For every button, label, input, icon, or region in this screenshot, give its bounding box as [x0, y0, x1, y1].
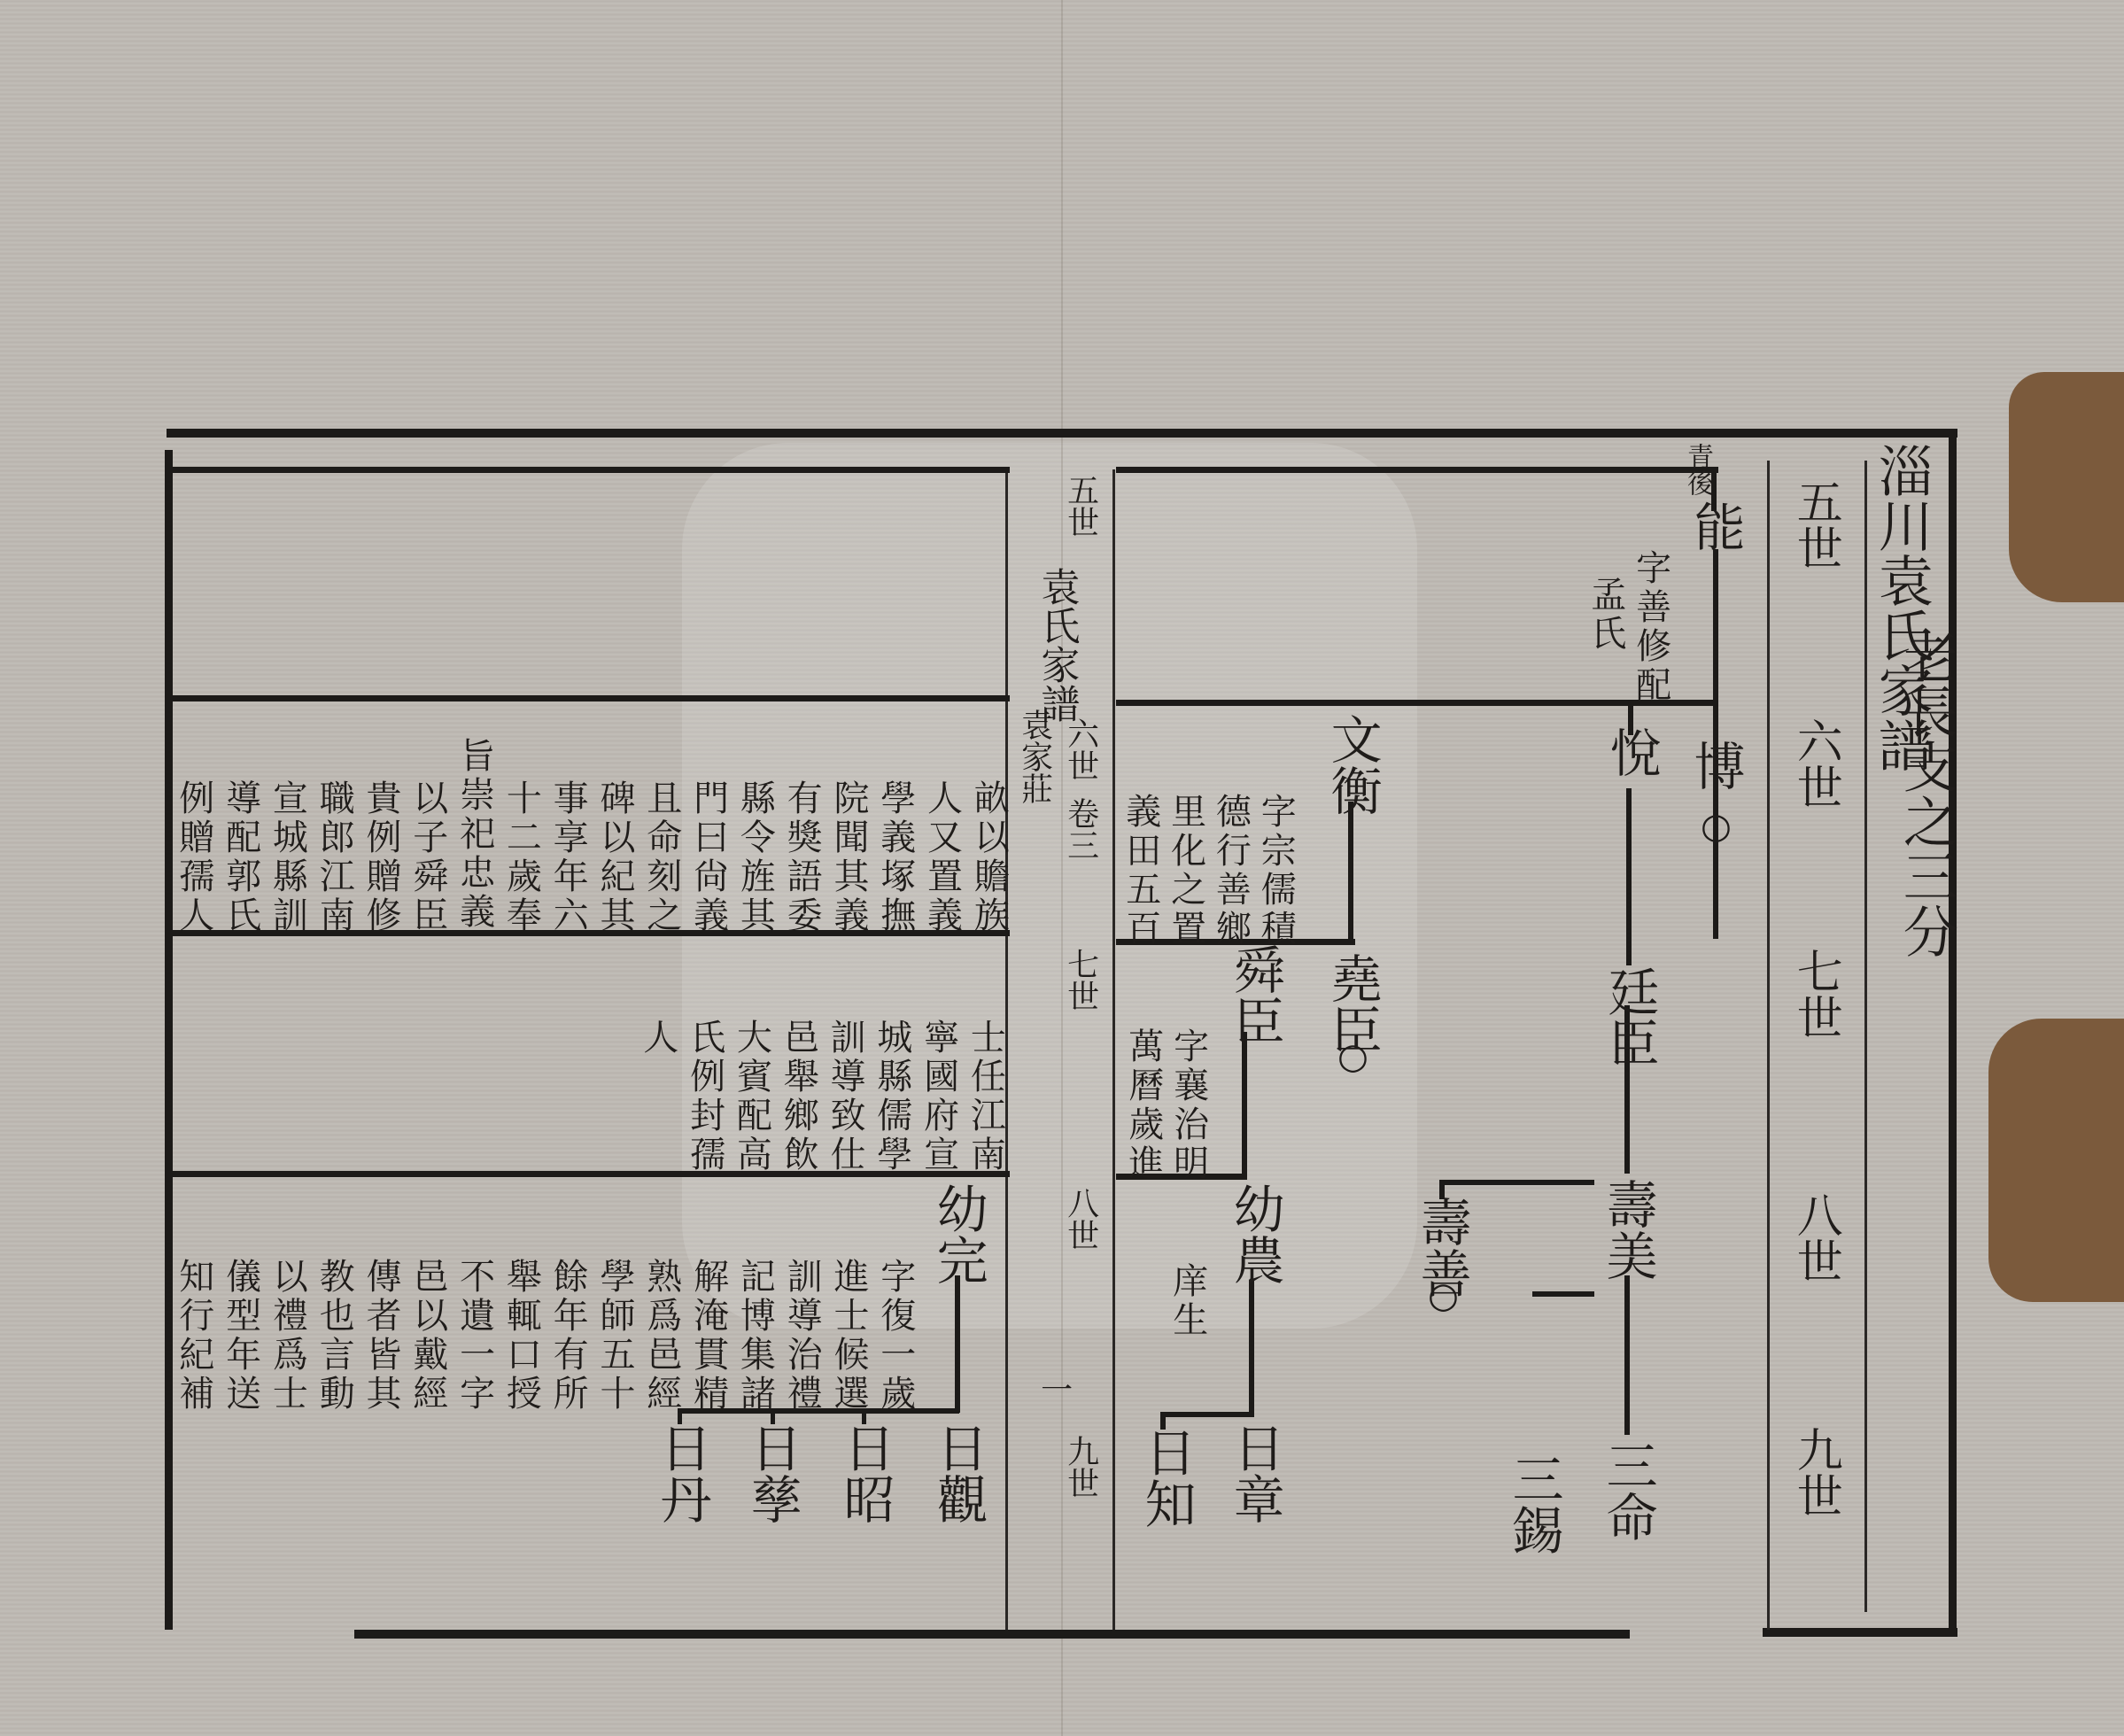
person-sanming: 三命	[1600, 1439, 1655, 1542]
person-shoumei: 壽美	[1600, 1178, 1655, 1281]
bio-line: 解淹貫精	[688, 1258, 728, 1414]
person-younong: 幼農	[1227, 1182, 1283, 1285]
gen-label-5: 五世	[1789, 478, 1840, 570]
bio-younong: 庠生	[1167, 1262, 1207, 1340]
bio-line: 十二歲奉	[501, 779, 541, 935]
connector-youwan	[955, 1275, 960, 1413]
person-rizhao: 日昭	[837, 1422, 893, 1524]
bio-line: 字宗儒積	[1255, 793, 1295, 949]
center-volume: 卷三	[1063, 797, 1098, 861]
bio-line: 孟氏	[1585, 549, 1625, 705]
bio-neng: 字善修配 孟氏	[1585, 549, 1671, 705]
connector-younong	[1249, 1280, 1254, 1413]
gen-label-7: 七世	[1789, 948, 1840, 1040]
bio-line: 縣令旌其	[735, 779, 775, 935]
bio-line: 事享年六	[547, 779, 587, 935]
bio-line: 以子舜臣	[407, 779, 447, 935]
right-row-line-5	[1116, 467, 1718, 473]
bio-line: 寧國府宣	[919, 1019, 958, 1174]
bio-line: 字善修配	[1631, 549, 1671, 705]
bio-line: 邑舉鄉飲	[778, 1019, 818, 1174]
bio-line: 人	[638, 1019, 678, 1174]
center-strip-left-border	[1005, 469, 1008, 1630]
bio-line: 宣城縣訓	[267, 779, 307, 935]
person-bo: 博	[1687, 740, 1743, 791]
bio-line: 旨崇祀忠義	[454, 737, 494, 935]
bio-shunchen: 字襄治明 萬曆歲進	[1123, 1027, 1208, 1183]
bio-line: 里化之置	[1166, 793, 1205, 949]
top-note: 青後	[1683, 443, 1712, 496]
bio-line: 貴例贈修	[360, 779, 400, 935]
bio-line: 以禮爲士	[267, 1258, 307, 1414]
center-gen-5: 五世	[1063, 474, 1098, 538]
connector-wenheng	[1348, 802, 1353, 943]
paper-stain-top	[2009, 372, 2124, 602]
bio-line: 熟爲邑經	[641, 1258, 681, 1414]
frame-right	[1949, 434, 1957, 1634]
bio-line: 萬曆歲進	[1123, 1027, 1163, 1183]
bio-line: 傳者皆其	[360, 1258, 400, 1414]
bio-youwan: 字復一歲 進士候選 訓導治禮 記博集諸 解淹貫精 熟爲邑經 學師五十 餘年有所 …	[174, 1258, 915, 1414]
gen-column-left-border	[1767, 461, 1770, 1630]
bio-line: 畝以贍族	[969, 779, 1009, 935]
person-ridan: 日丹	[654, 1422, 709, 1524]
person-shunchen: 舜臣	[1227, 943, 1283, 1046]
person-rizi: 日孳	[744, 1422, 800, 1524]
bio-line: 氏例封孺	[685, 1019, 725, 1174]
left-row-line-5	[168, 467, 1010, 473]
bio-line: 職郎江南	[314, 779, 353, 935]
person-youwan: 幼完	[930, 1182, 986, 1285]
bio-line: 知行紀補	[174, 1258, 213, 1414]
bio-line: 訓導治禮	[781, 1258, 821, 1414]
bio-line: 不遺一字	[454, 1258, 494, 1414]
bio-line: 門曰尙義	[688, 779, 728, 935]
person-riguan: 日觀	[930, 1422, 986, 1524]
connector-sanming-sanxi	[1532, 1291, 1594, 1297]
mark-yaochen: ○	[1337, 1036, 1368, 1077]
connector-shoumei-sanming	[1624, 1275, 1630, 1435]
branch-subtitle: 老長支之三分	[1895, 629, 1956, 958]
bio-line: 字襄治明	[1168, 1027, 1208, 1183]
center-gen-8: 八世	[1063, 1187, 1098, 1251]
connector-shunchen	[1242, 1032, 1247, 1178]
bio-line: 邑以戴經	[407, 1258, 447, 1414]
gen-label-8: 八世	[1789, 1191, 1840, 1283]
bio-line: 學義塚撫	[875, 779, 915, 935]
connector-shoumei-shoushan	[1439, 1180, 1594, 1185]
bio-gen6-continued: 畝以贍族 人又置義 學義塚撫 院聞其義 有獎語委 縣令旌其 門曰尙義 且命刻之 …	[174, 779, 1008, 935]
bio-line: 學師五十	[594, 1258, 634, 1414]
bio-line: 例贈孺人	[174, 779, 213, 935]
center-gen-7: 七世	[1063, 948, 1098, 1011]
frame-bottom-left	[354, 1630, 1630, 1639]
center-strip-title: 袁氏家譜	[1035, 567, 1077, 723]
connector-younong-rizhi	[1160, 1412, 1254, 1417]
person-rizhi: 日知	[1138, 1426, 1194, 1529]
bio-line: 餘年有所	[547, 1258, 587, 1414]
frame-bottom-right	[1763, 1628, 1957, 1637]
bio-line: 院聞其義	[828, 779, 868, 935]
person-rizhang: 日章	[1227, 1422, 1283, 1524]
bio-line: 士任江南	[965, 1019, 1005, 1174]
bio-line: 碑以紀其	[594, 779, 634, 935]
bio-line: 導配郭氏	[221, 779, 260, 935]
bio-line: 記博集諸	[735, 1258, 775, 1414]
bio-line: 教也言動	[314, 1258, 353, 1414]
bio-line: 大賓配高	[732, 1019, 771, 1174]
frame-top	[167, 429, 1957, 438]
person-neng: 能	[1687, 500, 1743, 552]
bio-line: 義田五百	[1120, 793, 1160, 949]
bio-line: 訓導致仕	[825, 1019, 864, 1174]
center-gen-9: 九世	[1063, 1435, 1098, 1499]
left-row-line-6	[168, 695, 1010, 701]
center-strip-right-border	[1112, 469, 1115, 1630]
person-sanxi: 三錫	[1506, 1453, 1562, 1555]
mark-shoushan: ○	[1428, 1275, 1459, 1316]
bio-line: 舉輒口授	[501, 1258, 541, 1414]
center-place: 袁家莊	[1017, 709, 1052, 804]
bio-line: 有獎語委	[781, 779, 821, 935]
bio-line: 德行善鄉	[1211, 793, 1251, 949]
gen-column-divider	[1864, 461, 1867, 1612]
center-page-number: 一	[1036, 1373, 1072, 1405]
bio-line: 進士候選	[828, 1258, 868, 1414]
center-gen-6: 六世	[1063, 717, 1098, 781]
bio-line: 且命刻之	[641, 779, 681, 935]
bio-line: 人又置義	[922, 779, 962, 935]
person-wenheng: 文衡	[1324, 713, 1380, 816]
bio-line: 城縣儒學	[872, 1019, 911, 1174]
person-tingchen: 廷臣	[1601, 965, 1657, 1068]
gen-label-9: 九世	[1789, 1426, 1840, 1518]
bio-wenheng: 字宗儒積 德行善鄉 里化之置 義田五百	[1120, 793, 1295, 949]
gen-label-6: 六世	[1789, 717, 1840, 810]
bio-line: 儀型年送	[221, 1258, 260, 1414]
mark-bo: ○	[1701, 806, 1732, 847]
person-yue: 悅	[1603, 726, 1659, 778]
connector-yue-tingchen	[1626, 788, 1632, 965]
frame-left	[165, 450, 173, 1630]
bio-gen7-continued: 士任江南 寧國府宣 城縣儒學 訓導致仕 邑舉鄉飲 大賓配高 氏例封孺 人	[638, 1019, 1004, 1174]
bio-line: 字復一歲	[875, 1258, 915, 1414]
paper-stain-bottom	[1988, 1019, 2124, 1302]
